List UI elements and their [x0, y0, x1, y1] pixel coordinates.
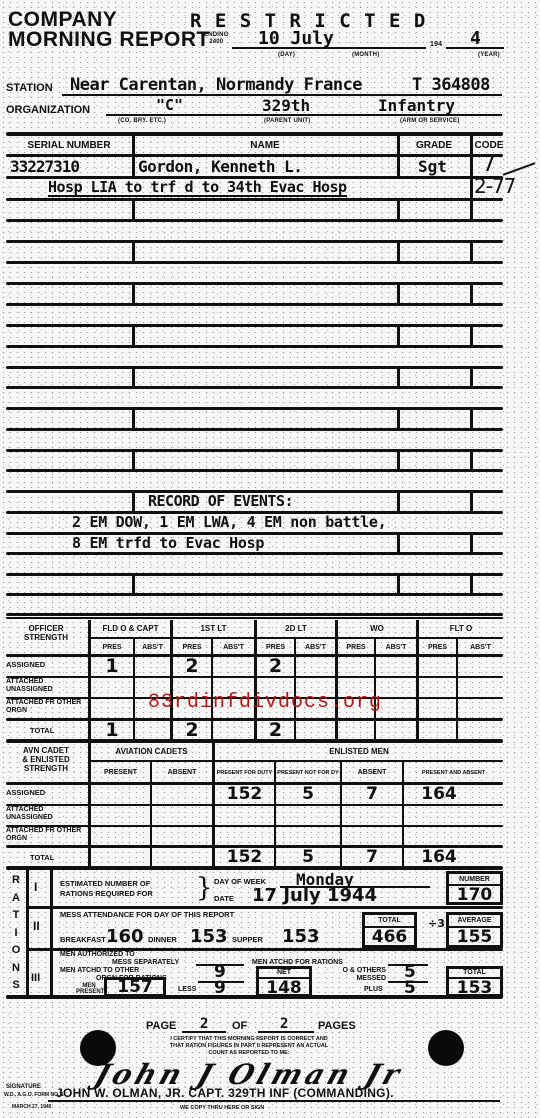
divider	[132, 240, 135, 261]
breakfast-value: 160	[106, 926, 144, 947]
mess-total-value: 466	[365, 928, 414, 946]
group-enlisted-men: ENLISTED MEN	[215, 744, 503, 759]
divider	[397, 198, 400, 219]
of-label: OF	[232, 1020, 247, 1032]
officer-title-line1: OFFICER	[8, 624, 84, 633]
row-label-assigned: ASSIGNED	[6, 660, 45, 669]
officer-total-1lt-pres: 2	[173, 720, 211, 740]
subcol-cadets-present: PRESENT	[91, 763, 150, 782]
rule	[6, 407, 503, 410]
month-caption: (MONTH)	[352, 52, 379, 58]
entry-grade: Sgt	[418, 157, 447, 176]
divider	[397, 407, 400, 428]
year-caption: (YEAR)	[478, 52, 500, 58]
divider	[470, 490, 473, 511]
column-header-grade: GRADE	[400, 137, 468, 154]
enlisted-total-absent: 7	[342, 847, 402, 866]
watermark-text: 83rdinfdivdocs.org	[148, 691, 382, 714]
officer-assigned-2lt-pres: 2	[257, 656, 294, 676]
dinner-label: DINNER	[148, 935, 177, 944]
divider	[397, 449, 400, 469]
enlisted-total-present-not-duty: 5	[276, 847, 340, 866]
divide-by-three: ÷3	[428, 918, 440, 929]
subcol-pres: PRES	[91, 640, 133, 654]
enlisted-assigned-present-duty: 152	[215, 784, 274, 804]
divider	[397, 490, 400, 511]
pages-total: 2	[280, 1016, 288, 1032]
enlisted-assigned-absent: 7	[342, 784, 402, 804]
ending-label: ENDING 2400	[204, 32, 229, 46]
section-iii-numeral: III	[31, 972, 40, 984]
row-label-total: TOTAL	[30, 726, 54, 735]
ration-date-value: 17 July 1944	[252, 885, 377, 906]
breakfast-label: BREAKFAST	[60, 935, 106, 944]
entry-serial: 33227310	[10, 157, 79, 176]
rule	[6, 219, 503, 222]
arm-caption: (ARM OR SERVICE)	[400, 118, 459, 124]
section-iii-total-value: 153	[449, 979, 500, 996]
section-i-label: ESTIMATED NUMBER OF RATIONS REQUIRED FOR	[60, 879, 153, 899]
row-label-assigned: ASSIGNED	[6, 788, 45, 797]
row-label-attached-unassigned: ATTACHED UNASSIGNED	[6, 806, 86, 822]
divider	[26, 868, 29, 996]
divider	[50, 868, 53, 996]
divider	[132, 198, 135, 219]
rule	[6, 240, 503, 243]
rule	[6, 282, 503, 285]
entry-remark-code: 2-77	[474, 174, 515, 198]
officer-title-line2: STRENGTH	[8, 633, 84, 642]
dinner-value: 153	[190, 926, 228, 947]
company-value: "C"	[156, 96, 183, 114]
rations-number-value: 170	[449, 886, 500, 904]
less-value: 9	[214, 978, 226, 998]
officer-total-fld-pres: 1	[91, 720, 133, 740]
page-label: PAGE	[146, 1020, 176, 1032]
divider	[470, 240, 473, 261]
group-aviation-cadets: AVIATION CADETS	[91, 744, 212, 759]
divider	[335, 620, 338, 740]
subcol-absent: ABSENT	[342, 763, 402, 782]
men-present-value: 157	[107, 978, 163, 996]
station-value: Near Carentan, Normandy France	[70, 75, 362, 95]
rule	[26, 906, 503, 909]
divider	[132, 324, 135, 345]
rule	[89, 637, 503, 639]
rule	[6, 324, 503, 327]
rule	[6, 386, 503, 389]
less-label: LESS	[178, 986, 196, 993]
divider	[132, 366, 135, 386]
divider	[470, 198, 473, 219]
rule	[6, 613, 503, 616]
entry-remark: Hosp LIA to trf d to 34th Evac Hosp	[48, 179, 347, 197]
rule	[6, 552, 503, 555]
officer-group-fld-o-capt: FLD O & CAPT	[91, 621, 170, 636]
divider	[132, 282, 135, 303]
subcol-pres: PRES	[419, 640, 456, 654]
record-of-events-title: RECORD OF EVENTS:	[148, 492, 293, 510]
row-label-attached-unassigned: ATTACHED UNASSIGNED	[6, 678, 86, 694]
rule	[6, 198, 503, 201]
signer-name: JOHN W. OLMAN, JR. CAPT. 329TH INF (COMM…	[56, 1086, 394, 1100]
plus-value: 5	[404, 978, 416, 998]
rule	[6, 261, 503, 264]
organization-label: ORGANIZATION	[6, 104, 90, 116]
supper-value: 153	[282, 926, 320, 947]
divider	[470, 532, 473, 552]
subcol-pres: PRES	[257, 640, 294, 654]
certification-text: I CERTIFY THAT THIS MORNING REPORT IS CO…	[126, 1036, 372, 1057]
officer-assigned-1lt-pres: 2	[173, 656, 211, 676]
year-prefix: 194	[430, 41, 442, 48]
row-label-total: TOTAL	[30, 853, 54, 862]
row-label-attached-other: ATTACHED FR OTHER ORGN	[6, 827, 86, 843]
auth-line1: MEN AUTHORIZED TO	[60, 951, 135, 958]
company-caption: (CO. BRY. ETC.)	[118, 118, 166, 124]
divider	[397, 573, 400, 593]
divider	[416, 620, 419, 740]
form-title-line1: COMPANY	[8, 10, 210, 30]
men-present-label: MEN PRESENT	[76, 983, 102, 995]
rule	[6, 366, 503, 369]
record-of-events-line2: 8 EM trfd to Evac Hosp	[72, 534, 264, 552]
arm-value: Infantry	[378, 96, 455, 115]
divider	[470, 366, 473, 386]
divider	[397, 324, 400, 345]
subcol-cadets-absent: ABSENT	[152, 763, 212, 782]
enlisted-total-present-and-absent: 164	[404, 847, 474, 866]
grid-coordinate: T 364808	[412, 75, 490, 95]
average-value: 155	[449, 928, 500, 946]
mess-attendance-title: MESS ATTENDANCE FOR DAY OF THIS REPORT	[60, 910, 234, 919]
divider	[397, 282, 400, 303]
net-label: NET	[259, 968, 309, 977]
divider	[132, 407, 135, 428]
ration-date-label: DATE	[214, 894, 234, 903]
subcol-pres: PRES	[338, 640, 374, 654]
enlisted-title-line1: AVN CADET	[8, 746, 84, 755]
section-i-label-line1: ESTIMATED NUMBER OF	[60, 879, 153, 889]
subcol-abst: ABS'T	[213, 640, 254, 654]
plus-label: PLUS	[364, 986, 383, 993]
rule	[6, 428, 503, 431]
atchd-for-rations-label: MEN ATCHD FOR RATIONS	[252, 959, 343, 966]
pages-label: PAGES	[318, 1020, 356, 1032]
divider	[397, 240, 400, 261]
certify-line1: I CERTIFY THAT THIS MORNING REPORT IS CO…	[126, 1036, 372, 1043]
atchd-other-line1: MEN ATCHD TO OTHER	[60, 967, 139, 974]
morning-report-page: COMPANY MORNING REPORT R E S T R I C T E…	[0, 0, 540, 1118]
side-letter: A	[10, 890, 22, 908]
divider	[132, 135, 135, 176]
section-i-label-line2: RATIONS REQUIRED FOR	[60, 889, 153, 899]
rule	[6, 866, 503, 870]
rule	[6, 449, 503, 452]
rule	[6, 132, 503, 136]
rule	[6, 995, 503, 999]
subcol-abst: ABS'T	[135, 640, 170, 654]
side-letter: I	[10, 925, 22, 943]
subcol-pres: PRES	[173, 640, 211, 654]
divider	[470, 176, 473, 198]
parent-unit-caption: (PARENT UNIT)	[264, 118, 310, 124]
officer-group-wo: WO	[338, 621, 416, 636]
officer-group-2d-lt: 2D LT	[257, 621, 335, 636]
side-letter: T	[10, 907, 22, 925]
rule	[6, 345, 503, 348]
enlisted-title-line3: STRENGTH	[8, 764, 84, 773]
ending-label-top: ENDING	[204, 32, 229, 39]
column-header-serial: SERIAL NUMBER	[8, 137, 130, 154]
station-label: STATION	[6, 82, 53, 94]
subcol-present-not-for-duty: PRESENT NOT FOR DY	[276, 763, 340, 782]
mess-total-label: TOTAL	[365, 915, 414, 926]
enlisted-total-present-duty: 152	[215, 847, 274, 866]
side-letter: O	[10, 942, 22, 960]
subcol-abst: ABS'T	[458, 640, 503, 654]
subcol-abst: ABS'T	[376, 640, 416, 654]
divider	[397, 532, 400, 552]
report-year: 4	[470, 28, 481, 49]
enlisted-assigned-present-not-duty: 5	[276, 784, 340, 804]
enlisted-assigned-present-and-absent: 164	[404, 784, 474, 804]
side-letter: R	[10, 872, 22, 890]
enlisted-strength-title: AVN CADET & ENLISTED STRENGTH	[8, 746, 84, 773]
rations-side-label: R A T I O N S	[10, 872, 22, 995]
divider	[470, 324, 473, 345]
column-header-name: NAME	[136, 137, 394, 154]
side-letter: N	[10, 960, 22, 978]
divider	[470, 282, 473, 303]
section-iii-total-label: TOTAL	[449, 968, 500, 977]
officer-assigned-fld-pres: 1	[91, 656, 133, 676]
average-label: AVERAGE	[449, 915, 500, 926]
rule	[6, 303, 503, 306]
others-messed-label: O & OTHERS MESSED	[328, 967, 386, 983]
subcol-abst: ABS'T	[296, 640, 335, 654]
divider	[397, 366, 400, 386]
ending-label-bottom: 2400	[204, 39, 229, 46]
rule	[6, 573, 503, 576]
number-label: NUMBER	[449, 874, 500, 884]
others-line1: O & OTHERS	[328, 967, 386, 975]
side-letter: S	[10, 977, 22, 995]
divider	[132, 573, 135, 593]
officer-strength-title: OFFICER STRENGTH	[8, 624, 84, 642]
punch-hole-right	[428, 1030, 464, 1066]
entry-name: Gordon, Kenneth L.	[138, 157, 302, 176]
form-date: MARCH 27, 1940	[12, 1104, 51, 1110]
rule	[6, 469, 503, 472]
supper-label: SUPPER	[232, 935, 263, 944]
page-number: 2	[200, 1016, 208, 1032]
divider	[88, 743, 91, 867]
brace-glyph: }	[196, 874, 213, 902]
certify-line2: THAT RATION FIGURES IN PART II REPRESENT…	[126, 1043, 372, 1050]
divider	[132, 490, 135, 511]
divider	[470, 573, 473, 593]
officer-group-flt-o: FLT O	[419, 621, 503, 636]
divider	[132, 449, 135, 469]
section-i-numeral: I	[34, 880, 37, 894]
section-ii-numeral: II	[33, 919, 40, 933]
auth-line2: MESS SEPARATELY	[112, 959, 179, 966]
signature-label: SIGNATURE	[6, 1084, 41, 1091]
subcol-present-and-absent: PRESENT AND ABSENT	[404, 763, 503, 782]
officer-total-2lt-pres: 2	[257, 720, 294, 740]
copy-note: WE COPY THRU HERE OR SIGN	[180, 1105, 264, 1111]
officer-group-1st-lt: 1ST LT	[173, 621, 254, 636]
net-value: 148	[259, 979, 309, 996]
divider	[470, 407, 473, 428]
form-title: COMPANY MORNING REPORT	[8, 10, 210, 50]
rule	[6, 617, 503, 619]
row-label-attached-other: ATTACHED FR OTHER ORGN	[6, 699, 86, 715]
record-of-events-line1: 2 EM DOW, 1 EM LWA, 4 EM non battle,	[72, 513, 386, 531]
enlisted-title-line2: & ENLISTED	[8, 755, 84, 764]
subcol-present-for-duty: PRESENT FOR DUTY	[215, 763, 274, 782]
rule	[6, 593, 503, 596]
form-title-line2: MORNING REPORT	[8, 30, 210, 50]
certify-line3: COUNT AS REPORTED TO ME:	[126, 1050, 372, 1057]
day-caption: (DAY)	[278, 52, 295, 58]
report-date: 10 July	[258, 28, 334, 49]
others-line2: MESSED	[328, 975, 386, 983]
parent-unit-value: 329th	[262, 96, 310, 115]
divider	[470, 449, 473, 469]
